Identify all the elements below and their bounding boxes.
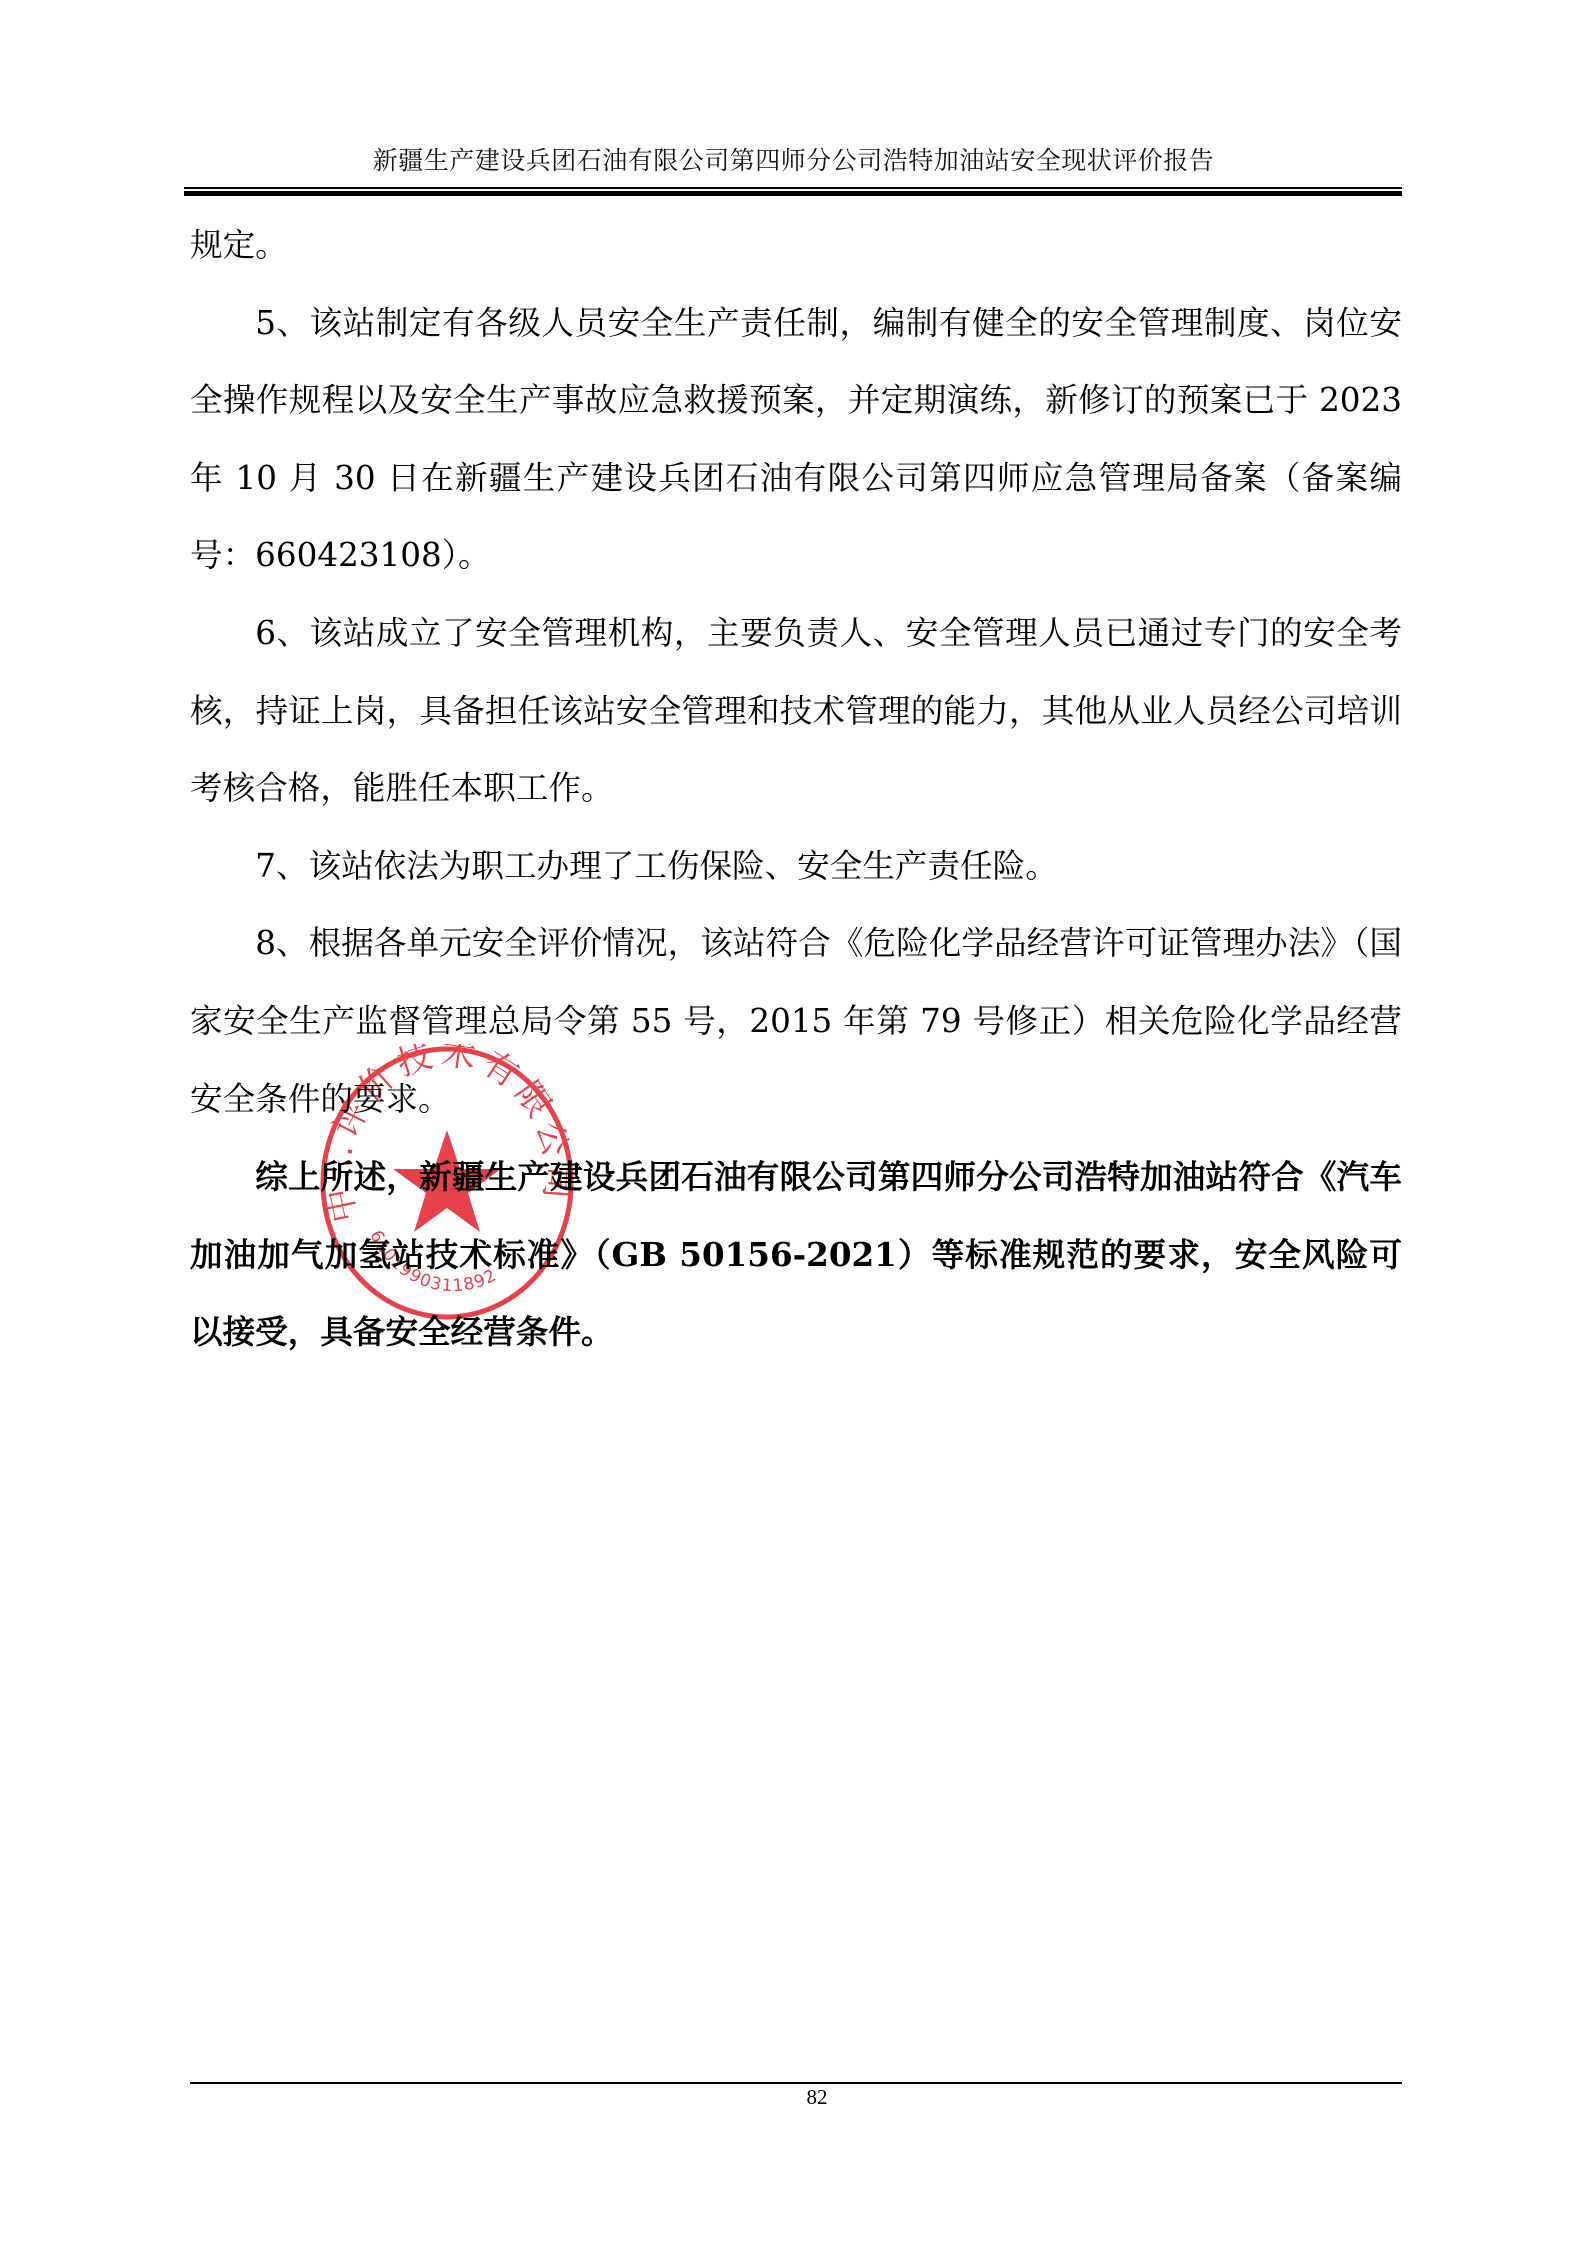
header-title: 新疆生产建设兵团石油有限公司第四师分公司浩特加油站安全现状评价报告 [0, 146, 1587, 176]
paragraph-conclusion: 综上所述，新疆生产建设兵团石油有限公司第四师分公司浩特加油站符合《汽车加油加气加… [190, 1138, 1402, 1371]
paragraph-item-6: 6、该站成立了安全管理机构，主要负责人、安全管理人员已通过专门的安全考核，持证上… [190, 595, 1402, 828]
header-rule [184, 187, 1402, 189]
header-rule-thick [184, 191, 1402, 196]
paragraph-item-8: 8、根据各单元安全评价情况，该站符合《危险化学品经营许可证管理办法》（国家安全生… [190, 905, 1402, 1138]
paragraph-item-5: 5、该站制定有各级人员安全生产责任制，编制有健全的安全管理制度、岗位安全操作规程… [190, 285, 1402, 595]
footer-rule [190, 2082, 1402, 2084]
page-number: 82 [0, 2085, 1587, 2109]
paragraph-item-7: 7、该站依法为职工办理了工伤保险、安全生产责任险。 [190, 828, 1402, 906]
body-text: 规定。 5、该站制定有各级人员安全生产责任制，编制有健全的安全管理制度、岗位安全… [190, 207, 1402, 1371]
paragraph-continuation: 规定。 [190, 207, 1402, 285]
